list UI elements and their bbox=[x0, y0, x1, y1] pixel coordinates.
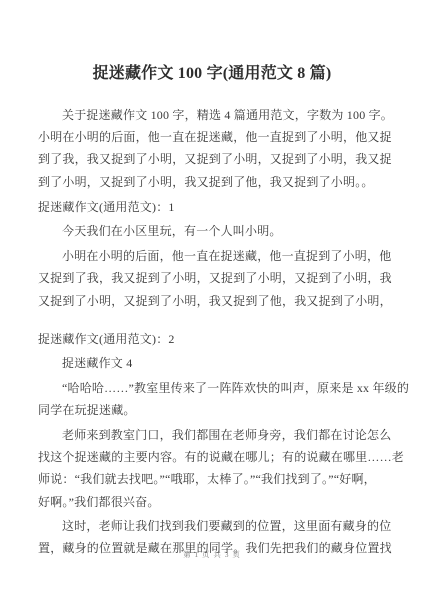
document-body: 关于捉迷藏作文 100 字，精选 4 篇通用范文，字数为 100 字。 小明在小… bbox=[38, 104, 386, 560]
section-heading-2: 捉迷藏作文(通用范文)：2 bbox=[38, 328, 386, 350]
paragraph-line: “哈哈哈……”教室里传来了一阵阵欢快的叫声，原来是 xx 年级的 bbox=[38, 377, 386, 399]
paragraph-line: 师说：“我们就去找吧。”“哦耶，太棒了。”“我们找到了。”“好啊， bbox=[38, 468, 386, 490]
paragraph-line: 老师来到教室门口，我们都围在老师身旁，我们都在讨论怎么 bbox=[38, 424, 386, 446]
paragraph-line: 关于捉迷藏作文 100 字，精选 4 篇通用范文，字数为 100 字。 bbox=[38, 104, 386, 126]
paragraph-line: 到了小明，又捉到了小明，我又捉到了他，我又捉到了小明。。 bbox=[38, 171, 386, 193]
paragraph-line: 今天我们在小区里玩，有一个人叫小明。 bbox=[38, 220, 386, 242]
page-title: 捉迷藏作文 100 字(通用范文 8 篇) bbox=[0, 62, 424, 86]
document-page: 捉迷藏作文 100 字(通用范文 8 篇) 关于捉迷藏作文 100 字，精选 4… bbox=[0, 0, 424, 600]
paragraph-line: 同学在玩捉迷藏。 bbox=[38, 399, 386, 421]
paragraph-line: 到了我，我又捉到了小明，又捉到了小明，又捉到了小明，我又捉 bbox=[38, 148, 386, 170]
paragraph-line: 找这个捉迷藏的主要内容。有的说藏在哪儿；有的说藏在哪里……老 bbox=[38, 446, 386, 468]
paragraph-line: 小明在小明的后面，他一直在捉迷藏，他一直捉到了小明，他又捉 bbox=[38, 126, 386, 148]
paragraph-line: 这时，老师让我们找到我们要藏到的位置，这里面有藏身的位 bbox=[38, 515, 386, 537]
paragraph-line: 捉迷藏作文 4 bbox=[38, 352, 386, 374]
paragraph-line: 又捉到了我，我又捉到了小明，又捉到了小明，又捉到了小明，我 bbox=[38, 267, 386, 289]
paragraph-line: 好啊。”我们都很兴奋。 bbox=[38, 491, 386, 513]
section-heading-1: 捉迷藏作文(通用范文)：1 bbox=[38, 196, 386, 218]
page-number: 第 1 页 共 3 页 bbox=[0, 549, 424, 560]
paragraph-line: 又捉到了小明，又捉到了小明，我又捉到了他，我又捉到了小明， bbox=[38, 290, 386, 312]
paragraph-line: 小明在小明的后面，他一直在捉迷藏，他一直捉到了小明，他 bbox=[38, 245, 386, 267]
